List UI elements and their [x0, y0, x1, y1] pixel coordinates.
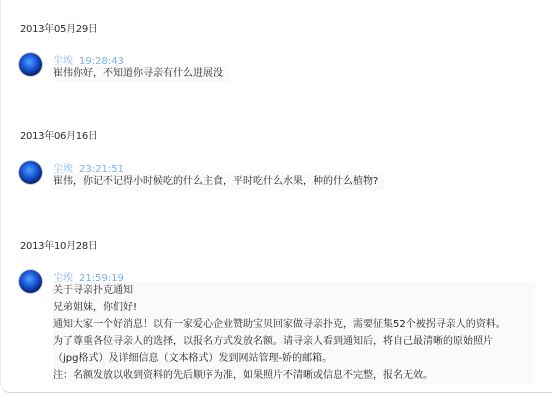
message-bubble: 崔伟，你记不记得小时候吃的什么主食，平时吃什么水果，种的什么植物? — [53, 173, 384, 190]
date-separator: 2013年06月16日 — [20, 127, 98, 142]
message-text-line: 关于寻亲扑克通知 — [53, 282, 529, 299]
date-separator: 2013年05月29日 — [20, 20, 98, 35]
chat-history-window: 2013年05月29日 尘埃19:28:43 崔伟你好，不知道你寻亲有什么进展没… — [0, 0, 552, 393]
message-text-line: 通知大家一个好消息！以有一家爱心企业赞助宝贝回家做寻亲扑克，需要征集52个被拐寻… — [53, 316, 529, 333]
avatar-icon[interactable] — [19, 270, 42, 293]
message-text-line: 为了尊重各位寻亲人的选择，以报名方式发放名额。请寻亲人看到通知后，将自己最清晰的… — [53, 333, 529, 350]
message-bubble: 关于寻亲扑克通知 兄弟姐妹，你们好! 通知大家一个好消息！以有一家爱心企业赞助宝… — [53, 282, 535, 384]
message-text: 崔伟你好，不知道你寻亲有什么进展没 — [53, 65, 223, 82]
message-bubble: 崔伟你好，不知道你寻亲有什么进展没 — [53, 65, 229, 82]
message-text-line: 注：名额发放以收到资料的先后顺序为准，如果照片不清晰或信息不完整，报名无效。 — [53, 367, 529, 384]
avatar-icon[interactable] — [19, 53, 42, 76]
date-separator: 2013年10月28日 — [20, 237, 98, 252]
message-text-line: （jpg格式）及详细信息（文本格式）发到网站管理-娇的邮箱。 — [53, 350, 529, 367]
avatar-icon[interactable] — [19, 161, 42, 184]
message-text: 崔伟，你记不记得小时候吃的什么主食，平时吃什么水果，种的什么植物? — [53, 173, 378, 190]
message-text-line: 兄弟姐妹，你们好! — [53, 299, 529, 316]
